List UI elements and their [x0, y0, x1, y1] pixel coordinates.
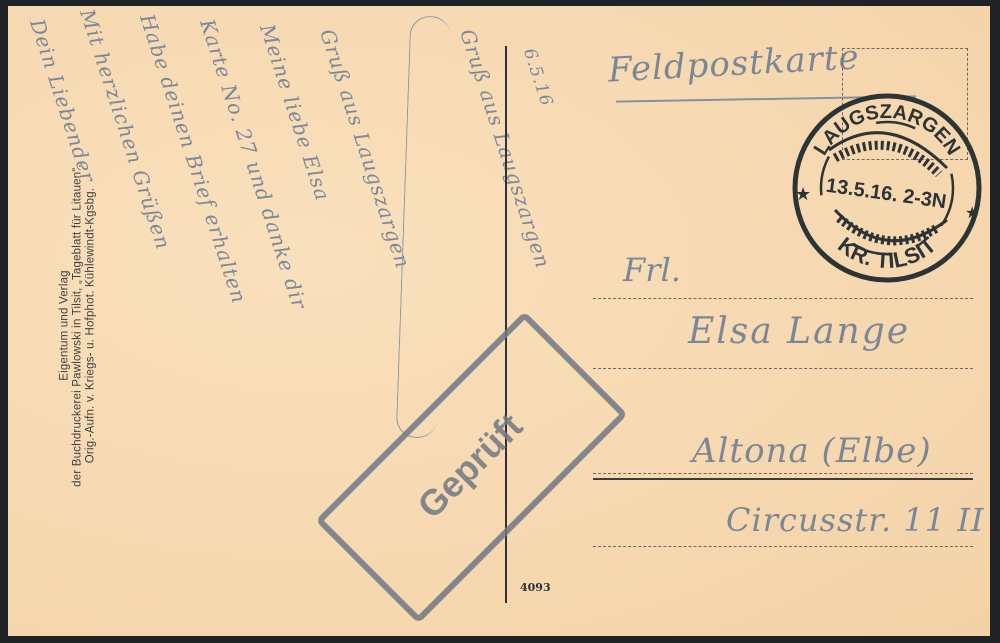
svg-text:★: ★	[795, 184, 811, 204]
feldpostkarte-heading: Feldpostkarte	[607, 37, 860, 90]
message-line: Karte No. 27 und danke dir	[195, 16, 312, 313]
address-solid-rule	[593, 478, 973, 480]
censor-stamp-icon: Geprüft	[308, 306, 628, 636]
address-line-1	[593, 298, 973, 299]
svg-text:Geprüft: Geprüft	[409, 405, 530, 526]
message-line: Habe deinen Brief erhalten	[135, 11, 251, 307]
address-line-3	[593, 473, 973, 474]
recipient-name: Elsa Lange	[688, 311, 910, 352]
address-salutation: Frl.	[623, 251, 681, 289]
message-date: 6.5.16	[519, 46, 557, 109]
svg-text:KR. TILSIT: KR. TILSIT	[833, 232, 941, 273]
address-line-4	[593, 546, 973, 547]
postmark-icon: LAUGSZARGEN 13.5.16. 2-3N KR. TILSIT ★ ★	[787, 88, 987, 288]
svg-text:LAUGSZARGEN: LAUGSZARGEN	[810, 101, 964, 159]
svg-text:13.5.16. 2-3N: 13.5.16. 2-3N	[825, 175, 948, 214]
imprint-line-1: Eigentum und Verlag	[59, 116, 72, 536]
message-line: Gruß aus Laugszargen	[315, 26, 415, 271]
recipient-city: Altona (Elbe)	[692, 431, 932, 471]
recipient-street: Circusstr. 11 II	[726, 501, 985, 539]
svg-text:★: ★	[965, 205, 979, 222]
postcard: Eigentum und Verlag der Buchdruckerei Pa…	[8, 6, 990, 636]
address-line-2	[593, 368, 973, 369]
